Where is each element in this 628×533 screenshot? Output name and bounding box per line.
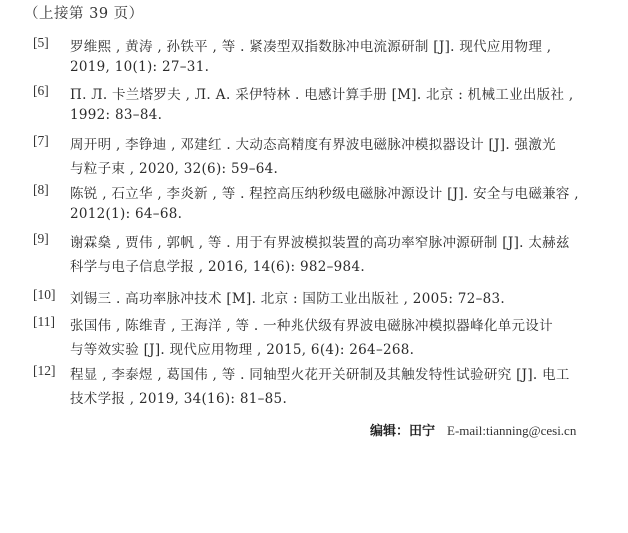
reference-number: [12] bbox=[33, 363, 56, 379]
reference-number: [9] bbox=[33, 231, 49, 247]
reference-text-line: 2012(1): 64–68. bbox=[70, 206, 182, 222]
reference-text-line: 罗维熙 , 黄涛 , 孙铁平 , 等 . 紧凑型双指数脉冲电流源研制 [J]. … bbox=[70, 35, 551, 55]
reference-text-line: 科学与电子信息学报 , 2016, 14(6): 982–984. bbox=[70, 255, 365, 275]
reference-text-line: 技术学报 , 2019, 34(16): 81–85. bbox=[70, 387, 287, 407]
reference-text-line: 2019, 10(1): 27–31. bbox=[70, 59, 209, 75]
reference-number: [8] bbox=[33, 182, 49, 198]
editor-label: 编辑： bbox=[370, 424, 409, 439]
reference-text-line: 刘锡三 . 高功率脉冲技术 [M]. 北京 : 国防工业出版社 , 2005: … bbox=[70, 287, 505, 307]
reference-text-line: 与等效实验 [J]. 现代应用物理 , 2015, 6(4): 264–268. bbox=[70, 338, 414, 358]
reference-text-line: 程显 , 李泰煜 , 葛国伟 , 等 . 同轴型火花开关研制及其触发特性试验研究… bbox=[70, 363, 570, 383]
reference-number: [6] bbox=[33, 83, 49, 99]
reference-text-line: 陈锐 , 石立华 , 李炎新 , 等 . 程控高压纳秒级电磁脉冲源设计 [J].… bbox=[70, 182, 579, 202]
reference-text-line: 周开明 , 李铮迪 , 邓建红 . 大动态高精度有界波电磁脉冲模拟器设计 [J]… bbox=[70, 133, 556, 153]
reference-text-line: 1992: 83–84. bbox=[70, 107, 162, 123]
continued-from-note: （上接第 39 页） bbox=[24, 2, 144, 23]
reference-text-line: 与粒子束 , 2020, 32(6): 59–64. bbox=[70, 157, 278, 177]
reference-text-line: 张国伟 , 陈维青 , 王海洋 , 等 . 一种兆伏级有界波电磁脉冲模拟器峰化单… bbox=[70, 314, 553, 334]
editor-name: 田宁 bbox=[409, 424, 435, 439]
reference-number: [7] bbox=[33, 133, 49, 149]
reference-text-line: П. Л. 卡兰塔罗夫 , Л. А. 采伊特林 . 电感计算手册 [M]. 北… bbox=[70, 83, 573, 103]
reference-number: [11] bbox=[33, 314, 55, 330]
reference-number: [5] bbox=[33, 35, 49, 51]
editor-credit: 编辑：田宁E-mail:tianning@cesi.cn bbox=[370, 420, 576, 439]
reference-number: [10] bbox=[33, 287, 56, 303]
reference-text-line: 谢霖燊 , 贾伟 , 郭帆 , 等 . 用于有界波模拟装置的高功率窄脉冲源研制 … bbox=[70, 231, 570, 251]
editor-email: E-mail:tianning@cesi.cn bbox=[447, 423, 576, 438]
